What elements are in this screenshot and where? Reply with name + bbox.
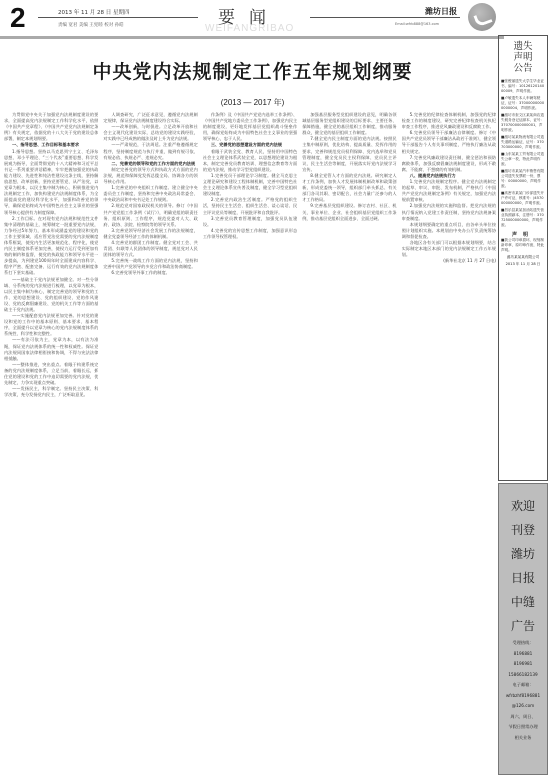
paragraph: 各地区各有关部门可以根据本规划纲要，结合实际制定本地区本部门的党内法规制定工作五… [402, 240, 496, 258]
paragraph: ——有法可依为主，党章为本，以有法为准绳，保证党内法规体系的统一性和权威性。保证… [4, 337, 98, 361]
notice-title-line: 公告 [501, 63, 545, 74]
notice-item: 张俊丽遗失大学生毕业证书，编号：1012612014000009，声明作废。 [501, 79, 545, 94]
notice-title-line: 声明 [501, 52, 545, 63]
notice-item: 潍坊市某某汽车销售有限公司遗失发票联一份，票号：00000000，声明作废。 [501, 169, 545, 189]
paragraph: 7.完善党风廉政建设责任制，健全惩治和预防腐败体系，加强反腐倡廉法规制度建设，形… [402, 155, 496, 173]
notice-title: 遗失 声明 公告 [501, 41, 545, 74]
paragraph: 着眼于武装全党、教育人民，坚持用中国特色社会主义理论体系武装全党，以思想理论建设… [203, 149, 297, 173]
paragraph: 6.完善党员领导干部廉洁自律制度。修订《中国共产党党员领导干部廉洁从政若干准则》… [402, 130, 496, 154]
notice-item: 高密市某某门诊部遗失开户许可证，核准号：J4570000000000，声明作废。 [501, 191, 545, 206]
article-body: 为贯彻党中央关于加强党内法规制度建设的要求，全面提高党内法规制定工作科学化水平，… [4, 112, 496, 772]
ad-note: 周六、周日、 [499, 712, 547, 723]
declaration-sign: 潍坊某某某有限公司 [501, 255, 545, 260]
text-column: 为贯彻党中央关于加强党内法规制度建设的要求，全面提高党内法规制定工作科学化水平，… [4, 112, 98, 772]
text-column: 加强基层服务型党组织建设的意见，明确各领域基层服务型党组织建设的目标要求、主要任… [302, 112, 396, 772]
ad-email-label: 电子邮箱： [499, 680, 547, 691]
paragraph: ——严肃规范，于法周延。注重严格遵循规定程序，坚持制度规范与执行并重，做到有规可… [103, 142, 197, 160]
notice-item: 潍坊某某物流有限公司遗失道路运输证，证号：370703000000，声明作废。 [501, 135, 545, 150]
newspaper-name: 潍坊日报 [425, 6, 457, 17]
paragraph: 1.完善党的中央组织工作制度。建立健全中央委员会工作制度，坚持和完善中央政治局常… [103, 185, 197, 203]
notice-title-line: 遗失 [501, 41, 545, 52]
paragraph: 8.健全党管人才方面的党内法规。研究制定人才工作条例，加快人才发展体制机制改革和… [302, 173, 396, 203]
page-number: 2 [10, 4, 26, 32]
paragraph: 人调查研究，广泛征求意见，遵循党内法规制定规律，保证党内法规制度建设符合实际。 [103, 112, 197, 124]
ad-headline: 中缝 [499, 590, 547, 614]
declaration-text: 我公司印章损坏，现刻制新印章，原印章作废，特此声明。 [501, 238, 545, 253]
ad-headline: 欢迎 [499, 494, 547, 518]
paragraph: 2.完善党内政治生活制度。严格党的组织生活，坚持民主生活会、组织生活会、谈心谈话… [203, 197, 297, 215]
paragraph: ——实施配套党内法规更加完善。针对党的建设和党的工作中的基本原则、基本要求、基本… [4, 313, 98, 337]
newspaper-logo-icon [468, 3, 496, 31]
header-rule-right [310, 17, 460, 18]
declaration-date: 2013 年 11 月 28 日 [501, 262, 545, 267]
ad-email: wfrbzhf8196881 [499, 691, 547, 702]
ad-note: 相关业务 [499, 733, 547, 744]
ad-headline: 刊登 [499, 518, 547, 542]
paragraph: 7.健全党内民主制度方面的党内法规。按照民主集中制原则，优化结构、提高质量、发挥… [302, 136, 396, 173]
newspaper-email: Email:wfrb888@163.com [395, 22, 439, 26]
paragraph: 1.完善党员干部理论学习制度。健全马克思主义理论研究和建设工程体制机制，完善中国… [203, 173, 297, 197]
header-rule-left [38, 17, 198, 18]
ad-headline: 潍坊 [499, 542, 547, 566]
article-subtitle: (2013 — 2017 年) [0, 97, 505, 108]
paragraph: 3.完善党员教育管理制度，加强党员队伍建设。 [203, 216, 297, 228]
ad-hotline-label: 受理热线： [499, 638, 547, 649]
paragraph: 1.完善党内法规制定程序。健全党内法规制定的起草、审议、审批、发布机制，严格执行… [402, 179, 496, 203]
dateline: (新华社北京 11 月 27 日电) [402, 258, 496, 264]
text-column: 5.完善党的纪律检查体制机制，加强党的纪律检查工作的制度建设，研究完善纪律检查机… [402, 112, 496, 772]
paragraph: 本规划纲要确定的重点项目，由各牵头单位按照计划组织实施。本规划由中央办公厅负责统… [402, 222, 496, 240]
ad-email: @126.com [499, 701, 547, 712]
notice-item: 山东某某工贸有限公司遗失公章一枚，特此声明作废。 [501, 152, 545, 167]
ad-phone: 8196881 [499, 649, 547, 660]
paragraph: 5.完善统一战线工作方面的党内法规，坚持和完善中国共产党领导的多党合作和政治协商… [103, 258, 197, 270]
paragraph: 4.完善党的宣传思想工作制度，加强意识形态工作领导权管理权。 [203, 228, 297, 240]
text-column: 人调查研究，广泛征求意见，遵循党内法规制定规律，保证党内法规制度建设符合实际。—… [103, 112, 197, 772]
paragraph: 2.加强党内法规的实施和监督。把党内法规的执行情况纳入党建工作责任制，坚持党内法… [402, 203, 496, 221]
ad-phone: 8196981 [499, 659, 547, 670]
paragraph: 1.指导思想。坚持以马克思列宁主义、毛泽东思想、邓小平理论、“三个代表”重要思想… [4, 149, 98, 216]
section-heading: 二、完善党的领导和党的工作方面的党内法规 [103, 161, 197, 167]
ad-headline: 广告 [499, 614, 547, 638]
ad-note: 节假日照常办理 [499, 722, 547, 733]
paragraph: 9.完善基层党组织建设。修订农村、社区、机关、事业单位、企业、社会组织基层党组织… [302, 203, 396, 221]
paragraph: ——整体推进，突出重点。着眼于构建系统完备的党内法规制度体系，立足当前，着眼长远… [4, 362, 98, 386]
header-divider [0, 36, 504, 39]
text-column: 作条例》及《中国共产党党内选举工作条例》、《中国共产党地方委员会工作条例》，加强… [203, 112, 297, 772]
notice-item: 潍坊市奎文区某某商店遗失税务登记证副本，证号：370700000000001，声… [501, 113, 545, 133]
paragraph: 加强基层服务型党组织建设的意见，明确各领域基层服务型党组织建设的目标要求、主要任… [302, 112, 396, 136]
lost-notice-box: 遗失 声明 公告 张俊丽遗失大学生毕业证书，编号：101261201400000… [498, 35, 548, 481]
paragraph: 制定完善党的领导方式和执政方式方面的党内法规，规范和保障党发挥总揽全局、协调各方… [103, 167, 197, 185]
sidebar: 遗失 声明 公告 张俊丽遗失大学生毕业证书，编号：101261201400000… [498, 35, 548, 775]
notice-item: 昌乐县某某加油站遗失营业执照副本，注册号：370725000000000，声明作… [501, 208, 545, 228]
article-title: 中央党内法规制定工作五年规划纲要 [0, 57, 505, 84]
paragraph: 5.完善党的纪律检查体制机制，加强党的纪律检查工作的制度建设，研究完善纪律检查机… [402, 112, 496, 130]
paragraph: ——改革创新，与时俱进。立足改革开放和社会主义现代化建设实际，总结党的建设实践经… [103, 124, 197, 142]
section-title: 要闻 [218, 3, 280, 28]
page-header: 2 2013 年 11 月 28 日 星期四 责编 宽君 美编 王宪睦 校对 孙… [0, 0, 550, 36]
paragraph: ——基础主干党内法规更加健全。对一些分领域、分系统的党内法规进行梳理，以党章为根… [4, 277, 98, 314]
paragraph: 3.完善党领导经济社会发展工作的法规制度，健全党委领导经济工作的体制机制。 [103, 228, 197, 240]
paragraph: 2.工作目标。在对现有党内法规和规范性文件集中清理的基础上，统筹制定一批重要党内… [4, 216, 98, 277]
editor-credits: 责编 宽君 美编 王宪睦 校对 孙皓 [58, 22, 124, 28]
paragraph: ——发扬民主，科学制定。坚持民主决策、科学决策，充分发扬党内民主，广泛听取意见。 [4, 386, 98, 398]
paragraph: 为贯彻党中央关于加强党内法规制度建设的要求，全面提高党内法规制定工作科学化水平，… [4, 112, 98, 142]
ad-box: 欢迎 刊登 潍坊 日报 中缝 广告 受理热线： 8196881 8196981 … [498, 483, 548, 775]
paragraph: 2.规范党对国家政权机关的领导。修订《中国共产党党组工作条例（试行）》，明确党组… [103, 203, 197, 227]
ad-phone: 15866182139 [499, 670, 547, 681]
paragraph: 4.完善党的群团工作制度。健全党对工会、共青团、妇联等人民团体的领导制度，规范党… [103, 240, 197, 258]
paragraph: 作条例》及《中国共产党党内选举工作条例》、《中国共产党地方委员会工作条例》，加强… [203, 112, 297, 142]
declaration-title: 声明 [501, 231, 545, 238]
notice-item: 卢敏遗失本人车辆驾驶证，证号：370000000000000004，声明作废。 [501, 96, 545, 111]
issue-date: 2013 年 11 月 28 日 星期四 [58, 8, 129, 16]
paragraph: 6.完善党领导外事工作的制度。 [103, 270, 197, 276]
ad-headline: 日报 [499, 566, 547, 590]
